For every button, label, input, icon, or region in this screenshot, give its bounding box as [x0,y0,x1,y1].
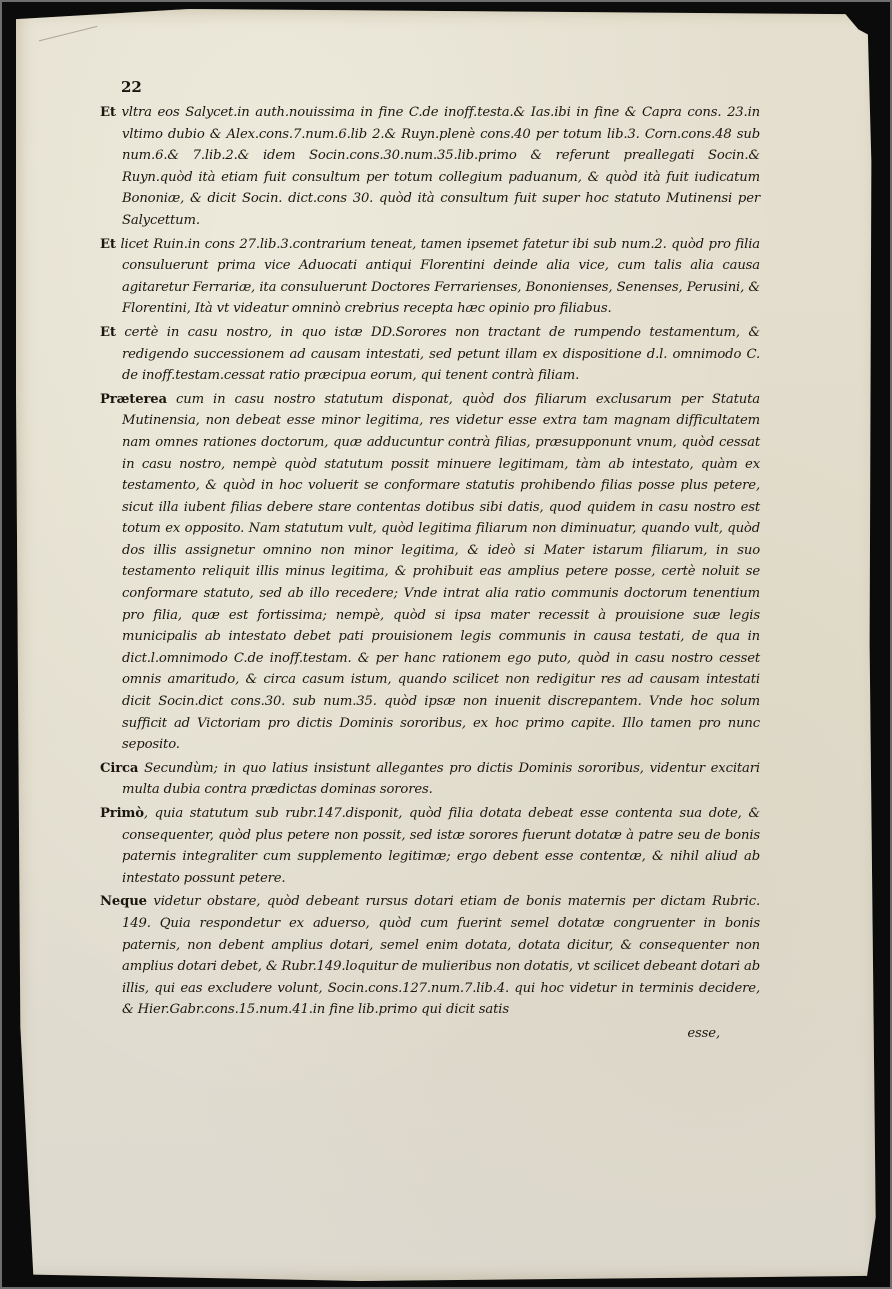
paragraph: Circa Secundùm; in quo latius insistunt … [100,758,760,801]
paragraph-lead: Præterea [100,392,167,407]
paragraph: Neque videtur obstare, quòd debeant rurs… [100,891,760,1021]
paragraph-lead: Et [100,237,116,252]
paragraph-lead: Et [100,325,116,340]
paragraph-text: , quia statutum sub rubr.147.disponit, q… [122,806,760,886]
page-body: Et vltra eos Salycet.in auth.nouissima i… [100,76,760,1045]
paragraph: Et certè in casu nostro, in quo istæ DD.… [100,322,760,387]
paragraph-text: certè in casu nostro, in quo istæ DD.Sor… [122,325,760,383]
paragraph-text: licet Ruin.in cons 27.lib.3.contrarium t… [120,237,760,317]
paragraph-text: vltra eos Salycet.in auth.nouissima in f… [121,105,760,228]
paragraph-lead: Primò [100,806,144,821]
paragraph-lead: Et [100,105,116,120]
paragraph-lead: Neque [100,894,147,909]
paragraph-lead: Circa [100,761,138,776]
paragraph-text: cum in casu nostro statutum disponat, qu… [122,392,760,753]
paragraph: Et licet Ruin.in cons 27.lib.3.contrariu… [100,234,760,320]
paragraph-text: videtur obstare, quòd debeant rursus dot… [122,894,760,1017]
paragraph: Præterea cum in casu nostro statutum dis… [100,389,760,756]
catchword: esse, [100,1023,760,1045]
paragraph: Et vltra eos Salycet.in auth.nouissima i… [100,102,760,232]
paragraph: Primò, quia statutum sub rubr.147.dispon… [100,803,760,889]
paragraph-text: Secundùm; in quo latius insistunt allega… [122,761,760,798]
